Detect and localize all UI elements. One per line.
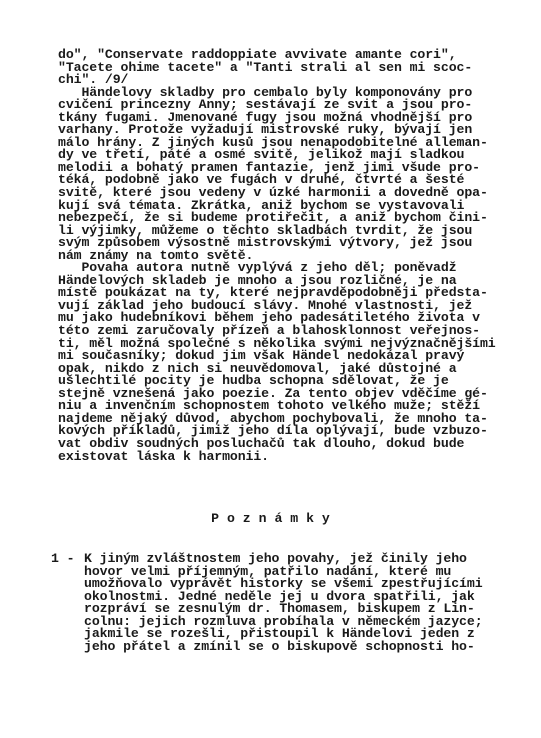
- note-number: 1 -: [51, 553, 74, 566]
- typewritten-page: do", "Conservate raddoppiate avvivate am…: [0, 0, 541, 738]
- notes-heading: P o z n á m k y: [0, 513, 541, 526]
- body-text: do", "Conservate raddoppiate avvivate am…: [58, 49, 496, 463]
- text-line: jeho přátel a zmínil se o biskupově scho…: [84, 641, 483, 654]
- note-text: K jiným zvláštnostem jeho povahy, jež či…: [84, 553, 483, 653]
- text-line: existovat láska k harmonii.: [58, 451, 496, 464]
